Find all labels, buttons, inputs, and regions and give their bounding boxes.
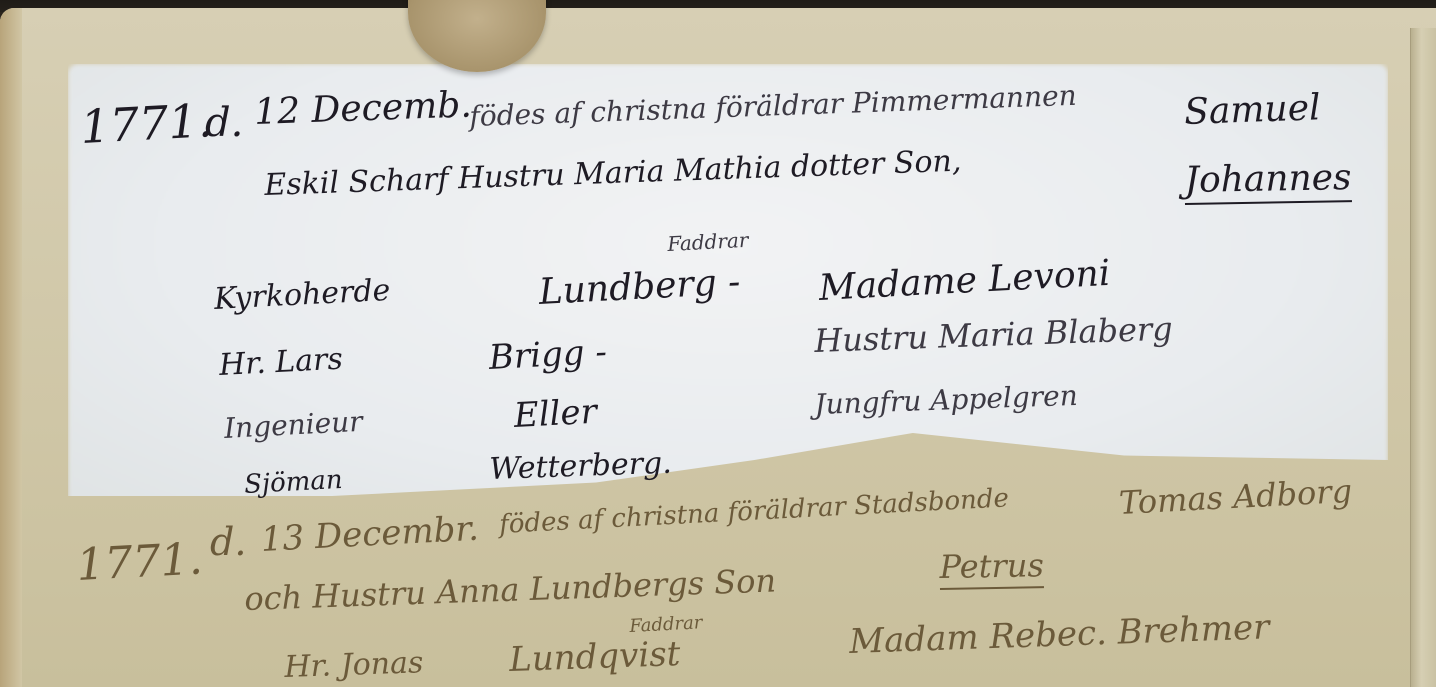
entry-1-child-name: Johannes (1184, 157, 1352, 205)
godparent-4-title: Sjöman (243, 465, 343, 500)
godparent-3-name: Eller (513, 392, 598, 436)
godparent-4-name: Wetterberg. (489, 446, 673, 487)
entry-2-godparent-1-name: Lundqvist (509, 634, 681, 680)
entry-2-godparent-1-title: Hr. Jonas (284, 645, 424, 685)
entry-1-year: 1771. (79, 93, 213, 154)
godparent-2-name: Brigg - (488, 332, 608, 378)
entry-2-child-name: Petrus (939, 546, 1044, 590)
godparent-2-title: Hr. Lars (218, 342, 343, 383)
entry-2-day-marker: d. (210, 520, 246, 564)
page-left-edge (0, 8, 22, 687)
entry-2-godparents-label: Faddrar (629, 612, 703, 637)
entry-2-year: 1771. (75, 533, 203, 591)
entry-1-godparents-label: Faddrar (667, 228, 749, 256)
entry-1-father-name: Samuel (1184, 87, 1322, 133)
entry-1-date: 12 Decemb. (254, 84, 473, 133)
entry-1-day-marker: d. (205, 100, 243, 146)
book-gutter (1410, 28, 1436, 687)
